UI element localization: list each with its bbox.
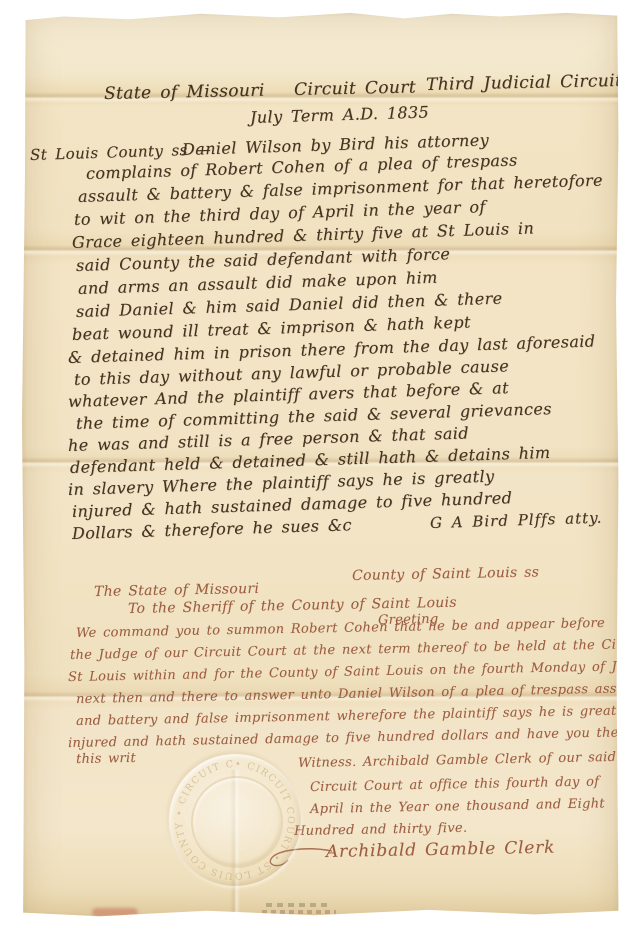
svg-text:• CIRCUIT COURT • ST LOUIS COU: • CIRCUIT COURT • ST LOUIS COUNTY • CIRC… [169, 754, 296, 881]
writ-line: next then and there to answer unto Danie… [76, 681, 640, 707]
ink-smudge [92, 908, 138, 917]
witness-line: Witness. Archibald Gamble Clerk of our s… [298, 750, 616, 771]
writ-state-heading: The State of Missouri [94, 581, 259, 600]
print-marks-row [266, 903, 328, 907]
seal-legend: • CIRCUIT COURT • ST LOUIS COUNTY • CIRC… [169, 754, 301, 886]
witness-line: April in the Year one thousand and Eight [310, 796, 605, 817]
witness-line: Hundred and thirty five. [294, 821, 468, 839]
writ-county-heading: County of Saint Louis ss [352, 564, 539, 584]
header-circuit-name: Third Judicial Circuit [426, 71, 623, 95]
clerk-signature: Archibald Gamble Clerk [326, 838, 556, 862]
witness-line: Circuit Court at office this fourth day … [310, 774, 600, 795]
attorney-signature: G A Bird Plffs atty. [430, 509, 603, 532]
scanned-document: State of Missouri Circuit Court Third Ju… [0, 0, 640, 938]
writ-line: the Judge of our Circuit Court at the ne… [70, 637, 640, 663]
header-court-name: Circuit Court [294, 77, 416, 100]
embossed-court-seal: • CIRCUIT COURT • ST LOUIS COUNTY • CIRC… [169, 754, 301, 886]
writ-note-this-writ: this writ [76, 751, 136, 767]
writ-line: and battery and false imprisonment where… [76, 703, 629, 729]
header-state-name: State of Missouri [104, 81, 265, 104]
writ-line: We command you to summon Robert Cohen th… [76, 616, 605, 641]
writ-line: St Louis within and for the County of Sa… [68, 659, 638, 685]
paper-page: State of Missouri Circuit Court Third Ju… [22, 12, 619, 918]
header-term-line: July Term A.D. 1835 [250, 102, 430, 127]
writ-line: injured and hath sustained damage to fiv… [68, 724, 640, 751]
print-marks-row [262, 910, 336, 914]
seal-legend-text: • CIRCUIT COURT • ST LOUIS COUNTY • CIRC… [169, 754, 296, 881]
